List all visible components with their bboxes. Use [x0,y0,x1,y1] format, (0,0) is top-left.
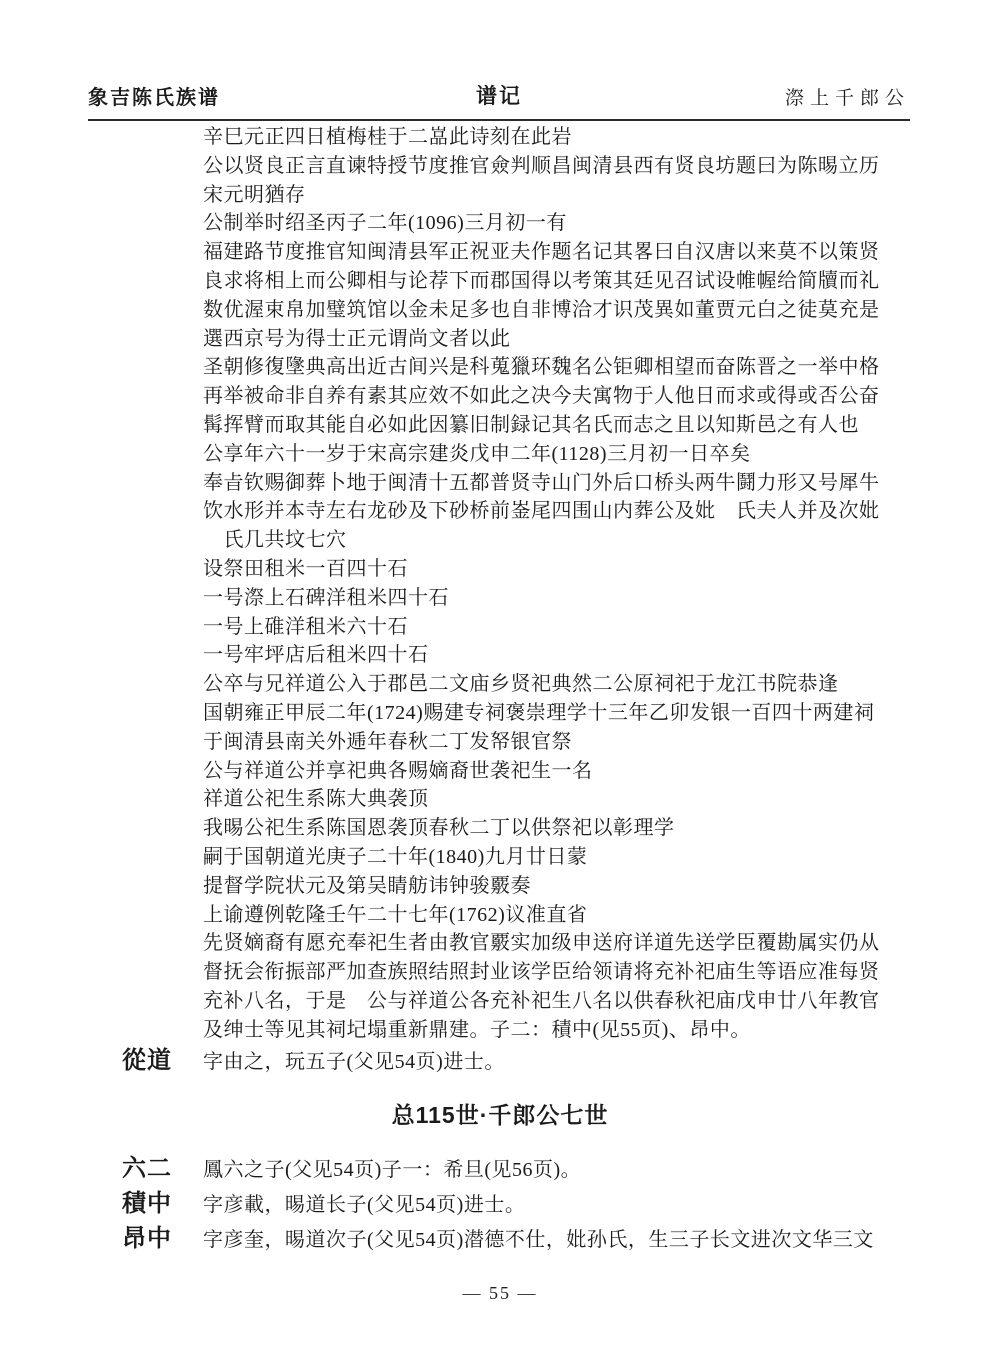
text-line: 数优渥束帛加璧筑馆以金未足多也自非博洽才识茂異如董贾元白之徒莫充是 [203,296,915,325]
text-line: 公享年六十一岁于宋高宗建炎戊申二年(1128)三月初一日卒矣 [203,440,915,469]
text-line: 良求将相上而公卿相与论荐下而郡国得以考策其廷见召试设帷幄给简牘而礼 [203,267,915,296]
entry-congdao: 從道 字由之，玩五子(父见54页)进士。 [0,1046,1000,1076]
entry-row: 昂中 字彦奎，晹道次子(父见54页)潜德不仕，妣孙氏，生三子长文进次文华三文 [0,1222,1000,1257]
text-line: 一号漈上石碑洋租米四十石 [203,584,915,613]
text-line: 宋元明猶存 [203,181,915,210]
text-line: 提督学院状元及第吴睛舫讳钟骏覈奏 [203,872,915,901]
entry-description: 鳳六之子(父见54页)子一：希旦(见56页)。 [203,1156,915,1184]
text-line: 祥道公祀生系陈大典袭顶 [203,785,915,814]
page-number: — 55 — [0,1283,1000,1304]
text-line: 奉㫖钦赐御葬卜地于闽清十五都普贤寺山门外后口桥头两牛鬪力形又号犀牛 [203,469,915,498]
entry-name-label: 積中 [122,1189,172,1219]
entry-description: 字彦載，晹道长子(父见54页)进士。 [203,1191,915,1219]
page-header: 象吉陈氏族谱 谱记 漈上千郎公 [88,60,910,121]
entry-description: 字彦奎，晹道次子(父见54页)潜德不仕，妣孙氏，生三子长文进次文华三文 [203,1226,915,1254]
text-line: 一号上碓洋租米六十石 [203,613,915,642]
text-line: 我晹公祀生系陈国恩袭顶春秋二丁以供祭祀以彰理学 [203,814,915,843]
generation-entries: 六二 鳳六之子(父见54页)子一：希旦(见56页)。 積中 字彦載，晹道长子(父… [0,1152,1000,1257]
text-line: 福建路节度推官知闽清县军正祝亚夫作题名记其畧曰自汉唐以来莫不以策贤 [203,238,915,267]
text-line: 嗣于国朝道光庚子二十年(1840)九月廿日蒙 [203,843,915,872]
entry-row: 積中 字彦載，晹道长子(父见54页)进士。 [0,1187,1000,1222]
entry-description: 字由之，玩五子(父见54页)进士。 [203,1048,915,1076]
text-line: 设祭田租米一百四十石 [203,555,915,584]
text-line: 公制举时绍圣丙子二年(1096)三月初一有 [203,209,915,238]
text-line: 再举被命非自养有素其应效不如此之决今夫寓物于人他日而求或得或否公奋 [203,382,915,411]
text-line: 圣朝修復墬典高出近古间兴是科蒐獵环魏名公钜卿相望而奋陈晋之一举中格 [203,353,915,382]
text-line: 先贤嫡裔有愿充奉祀生者由教官覈实加级申送府详道先送学臣覆勘属实仍从 [203,929,915,958]
text-line: 国朝雍正甲辰二年(1724)赐建专祠褒崇理学十三年乙卯发银一百四十两建祠 [203,699,915,728]
text-line: 髯挥臂而取其能自必如此因纂旧制録记其名氏而志之且以知斯邑之有人也 [203,411,915,440]
body-paragraphs: 辛巳元正四日植梅桂于二嵓此诗刻在此岩 公以贤良正言直谏特授节度推官僉判顺昌闽清县… [203,123,915,1045]
text-line: 選西京号为得士正元谓尚文者以此 [203,325,915,354]
entry-name-label: 從道 [122,1046,172,1076]
entry-name-label: 昂中 [122,1224,172,1254]
text-line: 辛巳元正四日植梅桂于二嵓此诗刻在此岩 [203,123,915,152]
text-line: 一号牢坪店后租米四十石 [203,641,915,670]
text-line: 氏几共坟七穴 [203,526,915,555]
text-line: 饮水形并本寺左右龙砂及下砂桥前崟尾四围山内葬公及妣 氏夫人并及次妣 [203,497,915,526]
generation-heading: 总115世·千郎公七世 [0,1097,1000,1130]
genealogy-page: 象吉陈氏族谱 谱记 漈上千郎公 辛巳元正四日植梅桂于二嵓此诗刻在此岩 公以贤良正… [0,0,1000,1363]
entry-row: 六二 鳳六之子(父见54页)子一：希旦(见56页)。 [0,1152,1000,1187]
entry-name-label: 六二 [122,1154,172,1184]
text-line: 于闽清县南关外逓年春秋二丁发帑银官祭 [203,728,915,757]
text-line: 督抚会衔振部严加查族照结照封业该学臣给领请将充补祀庙生等语应准每贤 [203,958,915,987]
text-line: 公与祥道公并享祀典各赐嫡裔世袭祀生一名 [203,757,915,786]
text-line: 公以贤良正言直谏特授节度推官僉判顺昌闽清县西有贤良坊题曰为陈晹立历 [203,152,915,181]
text-line: 上谕遵例乾隆壬午二十七年(1762)议准直省 [203,901,915,930]
text-line: 及绅士等见其祠圮塌重新鼎建。子二：積中(见55页)、昂中。 [203,1016,915,1045]
text-line: 公卒与兄祥道公入于郡邑二文庙乡贤祀典然二公原祠祀于龙江书院恭逢 [203,670,915,699]
header-section-title: 谱记 [88,80,910,110]
text-line: 充补八名，于是 公与祥道公各充补祀生八名以供春秋祀庙戊申廿八年教官 [203,987,915,1016]
